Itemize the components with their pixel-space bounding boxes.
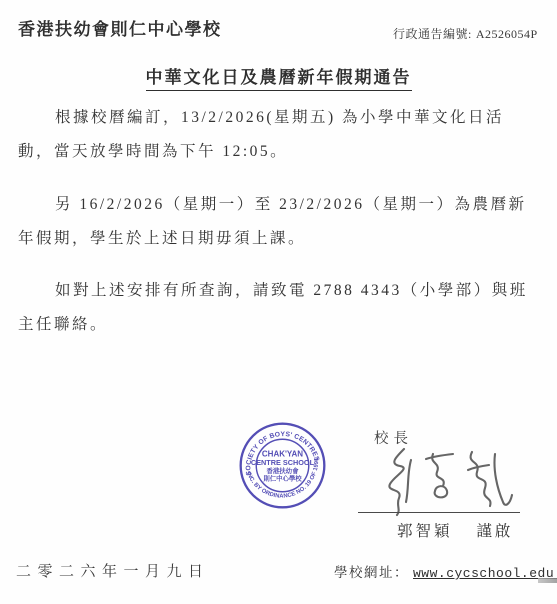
notice-number-label: 行政通告編號: bbox=[393, 27, 472, 41]
notice-date: 二零二六年一月九日 bbox=[16, 560, 210, 581]
school-name: 香港扶幼會則仁中心學校 bbox=[18, 15, 222, 40]
paragraph-line: 根據校曆編訂，13/2/2026(星期五) 為小學中華文化日活 bbox=[18, 101, 543, 135]
school-seal-stamp-icon: SOCIETY OF BOYS' CENTRES INC. BY ORDINAN… bbox=[238, 421, 327, 510]
website-row: 學校網址： www.cycschool.edu.hk bbox=[334, 561, 557, 582]
notice-title: 中華文化日及農曆新年假期通告 bbox=[146, 68, 412, 91]
notice-document: 香港扶幼會則仁中心學校 行政通告編號:A2526054P 中華文化日及農曆新年假… bbox=[0, 0, 557, 604]
signer-row: 郭智穎 謹啟 bbox=[397, 519, 513, 541]
stamp-center-line2: CENTRE SCHOOL bbox=[251, 458, 315, 467]
principal-signature-icon bbox=[376, 443, 518, 519]
paragraph-line: 動，當天放學時間為下午 12:05。 bbox=[18, 135, 543, 169]
notice-title-row: 中華文化日及農曆新年假期通告 bbox=[0, 63, 557, 88]
scan-artifact bbox=[538, 578, 557, 583]
paragraph-line: 如對上述安排有所查詢，請致電 2788 4343（小學部）與班 bbox=[18, 274, 543, 308]
signature-line bbox=[358, 512, 520, 513]
website-label: 學校網址： bbox=[334, 565, 409, 580]
signer-closing: 謹啟 bbox=[476, 523, 513, 540]
notice-number-value: A2526054P bbox=[476, 27, 538, 41]
stamp-center-line4: 則仁中心學校 bbox=[263, 474, 302, 483]
paragraph-line: 另 16/2/2026（星期一）至 23/2/2026（星期一）為農曆新 bbox=[18, 188, 543, 222]
notice-number: 行政通告編號:A2526054P bbox=[393, 25, 538, 42]
paragraph-line: 主任聯絡。 bbox=[18, 308, 543, 342]
stamp-center-line3: 香港扶幼會 bbox=[267, 466, 300, 475]
signer-name: 郭智穎 bbox=[397, 523, 453, 540]
paragraph-line: 年假期，學生於上述日期毋須上課。 bbox=[18, 222, 543, 256]
paragraph-holiday: 另 16/2/2026（星期一）至 23/2/2026（星期一）為農曆新 年假期… bbox=[18, 188, 543, 255]
website-url-link[interactable]: www.cycschool.edu.hk bbox=[413, 566, 557, 581]
paragraph-culture-day: 根據校曆編訂，13/2/2026(星期五) 為小學中華文化日活 動，當天放學時間… bbox=[18, 101, 543, 168]
paragraph-enquiry: 如對上述安排有所查詢，請致電 2788 4343（小學部）與班 主任聯絡。 bbox=[18, 274, 543, 341]
